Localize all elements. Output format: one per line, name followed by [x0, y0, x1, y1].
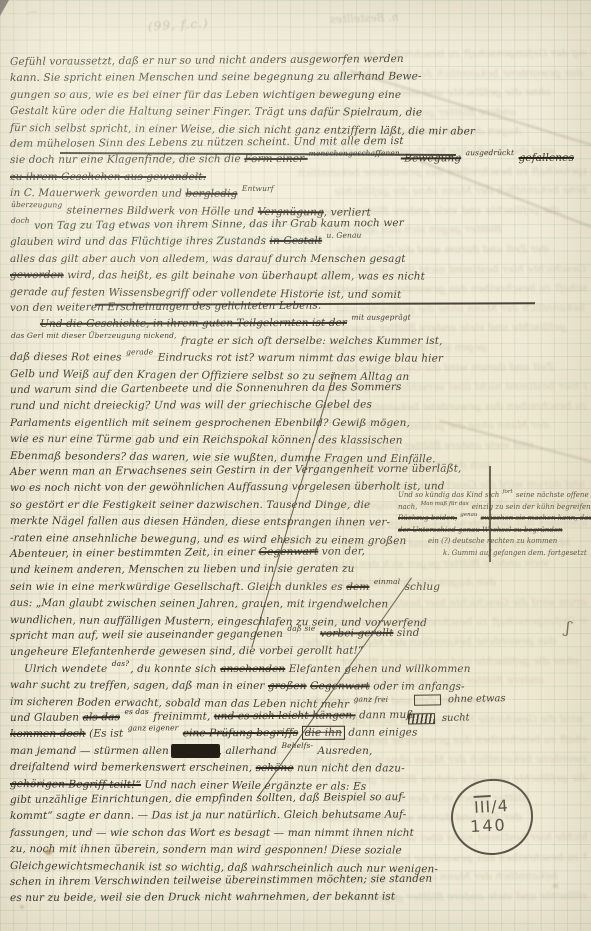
manuscript-line: kommt“ sagte er dann. — Das ist ja nur n…	[10, 809, 406, 824]
manuscript-line: und Glauben als das es das freinimmt, un…	[10, 709, 414, 725]
manuscript-line: schen in ihrem Verschwinden teilweise üb…	[10, 873, 432, 889]
manuscript-line: wie es nur eine Türme gab und ein Reichs…	[10, 433, 403, 448]
manuscript-line: dreifaltend wird bemerkenswert erscheine…	[10, 761, 405, 776]
margin-note-line: ein (?) deutsche rechten zu kommen	[428, 538, 557, 545]
manuscript-line: kann. Sie spricht einen Menschen und sei…	[10, 71, 422, 86]
manuscript-line: so gestört er die Festigkeit seiner dazw…	[10, 499, 370, 512]
legend-label: sucht	[442, 712, 470, 723]
manuscript-line: und warum sind die Gartenbeete und die S…	[10, 381, 402, 397]
faint-pencil-ghost-note: n. Bestelltes	[330, 11, 399, 26]
manuscript-line: geworden wird, das heißt, es gilt beinah…	[10, 269, 425, 284]
manuscript-line: das Gerl mit dieser Überzeugung nickend,…	[10, 335, 443, 348]
manuscript-line: in C. Mauerwerk geworden und bergledig E…	[10, 187, 275, 201]
manuscript-line: Und die Geschichte, in ihrem guten Teilg…	[40, 317, 412, 332]
manuscript-line: spricht man auf, weil sie auseinander ge…	[10, 627, 420, 643]
folio-number: 140	[470, 815, 507, 836]
manuscript-line: wahr sucht zu treffen, sagen, daß man in…	[10, 679, 465, 694]
manuscript-line: von den weiteren Erscheinungen des gelic…	[10, 300, 321, 316]
foxing-spot	[20, 905, 24, 909]
empty-rect-swatch	[414, 694, 441, 705]
manuscript-line: alles das gilt aber auch von alledem, wa…	[10, 253, 406, 266]
manuscript-line: gungen so aus, wie es bei einer für das …	[10, 89, 401, 102]
folio-series: III/4	[474, 798, 510, 817]
manuscript-line: aus: „Man glaubt zwischen seinen Jahren,…	[10, 597, 388, 612]
manuscript-line: gibt unzählige Einrichtungen, die empfin…	[10, 791, 406, 807]
manuscript-line: Parlaments eigentlich mit seinem gesproc…	[10, 417, 410, 430]
legend-item-hatched: sucht	[408, 712, 470, 724]
manuscript-line: fassungen, und — wie schon das Wort es b…	[10, 827, 414, 840]
margin-note-line: k. Gummi auf gefangen dem. fortgesetzt	[443, 550, 587, 557]
manuscript-line: zu ihrem Geschehen aus gewandelt.	[10, 171, 206, 184]
foxing-spot	[45, 849, 52, 855]
manuscript-line: Ulrich wendete das?, du konnte sich anse…	[24, 663, 471, 676]
margin-note-line: der Unterschied genau Wechsel zu begründ…	[398, 527, 562, 534]
manuscript-line: und keinem anderen, Menschen zu lieben u…	[10, 563, 355, 577]
legend-item-empty: ohne etwas	[414, 693, 506, 706]
hatched-rect-swatch	[408, 713, 435, 724]
margin-note-line: Und so kündig das Kind sich fort seine n…	[398, 492, 591, 500]
manuscript-line: Gefühl voraussetzt, daß er nur so und ni…	[10, 53, 404, 69]
manuscript-line: Gestalt küre oder die Haltung seiner Fin…	[10, 105, 422, 120]
manuscript-line: man jemand — stürmen allen geprüft, alle…	[10, 745, 372, 758]
manuscript-line: es nur zu beide, weil sie den Druck nich…	[10, 891, 395, 906]
manuscript-line: wo es noch nicht von der gewöhnlichen Au…	[10, 481, 445, 496]
margin-note-line: nach, Man muß für das einzig zu sein der…	[398, 504, 591, 512]
manuscript-line: kommen doch (Es ist ganz eigener eine Pr…	[10, 727, 417, 742]
margin-annotation-vertical-line	[489, 466, 491, 562]
manuscript-line: rund und nicht dreieckig? Und was will d…	[10, 399, 372, 414]
manuscript-line: sein wie in eine merkwürdige Gesellschaf…	[10, 581, 440, 594]
manuscript-line: Aber wenn man an Erwachsenes sein Gestir…	[10, 463, 462, 480]
manuscript-line: Abenteuer, in einer bestimmten Zeit, in …	[10, 545, 365, 561]
manuscript-line: zu, noch mit ihnen überein, sondern man …	[10, 843, 402, 858]
manuscript-line: merkte Nägel fallen aus diesen Händen, d…	[10, 515, 390, 530]
foxing-spot	[553, 884, 558, 888]
manuscript-line: ungeheure Elefantenherde gewesen sind, d…	[10, 645, 363, 659]
manuscript-line: glauben wird und das Flüchtige ihres Zus…	[10, 235, 363, 249]
legend-label: ohne etwas	[448, 693, 506, 705]
manuscript-line: daß dieses Rot eines gerade Eindrucks ro…	[10, 351, 443, 366]
manuscript-line: gerade auf festen Wissensbegriff oder vo…	[10, 286, 401, 302]
margin-note-line: Rückzug beiden, genau zwischen sie mache…	[398, 515, 591, 523]
